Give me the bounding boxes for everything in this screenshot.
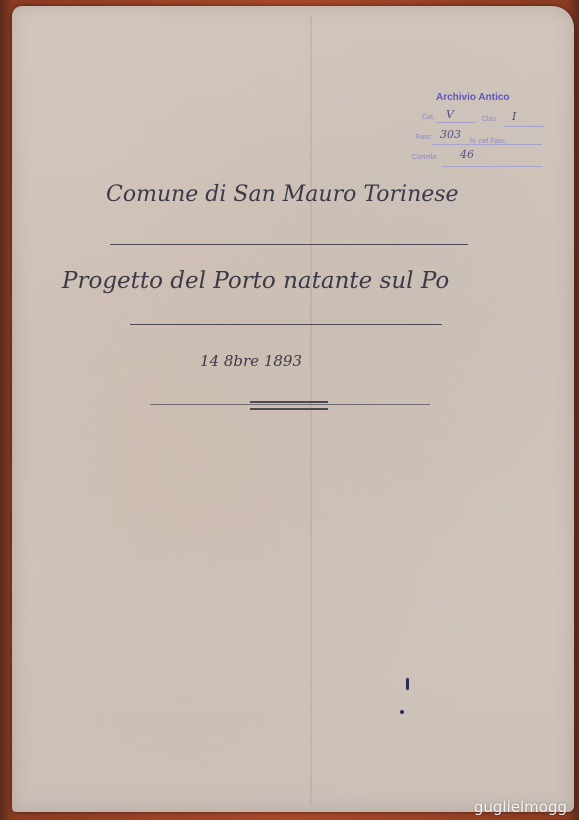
- double-rule-bottom: [250, 408, 328, 410]
- document-date: 14 8bre 1893: [200, 352, 302, 370]
- stamp-cat-label: Cat.: [422, 114, 435, 121]
- stamp-fasc-label: Fasc.: [416, 134, 433, 141]
- stamp-title: Archivio Antico: [436, 92, 510, 103]
- stamp-cartella-value: 46: [460, 148, 474, 161]
- stamp-cartella-label: Cartella: [412, 154, 436, 161]
- document-folder-cover: Archivio Antico Cat. V Clas. I Fasc. 303…: [12, 6, 574, 812]
- ink-dot: [400, 710, 404, 714]
- stamp-fasc-value: 303: [440, 128, 461, 141]
- fold-crease: [310, 16, 312, 806]
- divider-2: [130, 324, 442, 325]
- archive-stamp: Archivio Antico Cat. V Clas. I Fasc. 303…: [412, 92, 579, 182]
- municipality-heading: Comune di San Mauro Torinese: [106, 182, 459, 207]
- photographer-watermark: guglielmogg: [474, 798, 567, 816]
- divider-1: [110, 244, 468, 245]
- stamp-cat-value: V: [446, 108, 454, 121]
- stamp-clas-label: Clas.: [482, 116, 498, 123]
- double-rule-top: [250, 401, 328, 403]
- project-title: Progetto del Porto natante sul Po: [62, 268, 449, 294]
- ink-mark: [406, 678, 409, 690]
- stamp-clas-value: I: [512, 110, 516, 123]
- divider-3: [150, 404, 430, 405]
